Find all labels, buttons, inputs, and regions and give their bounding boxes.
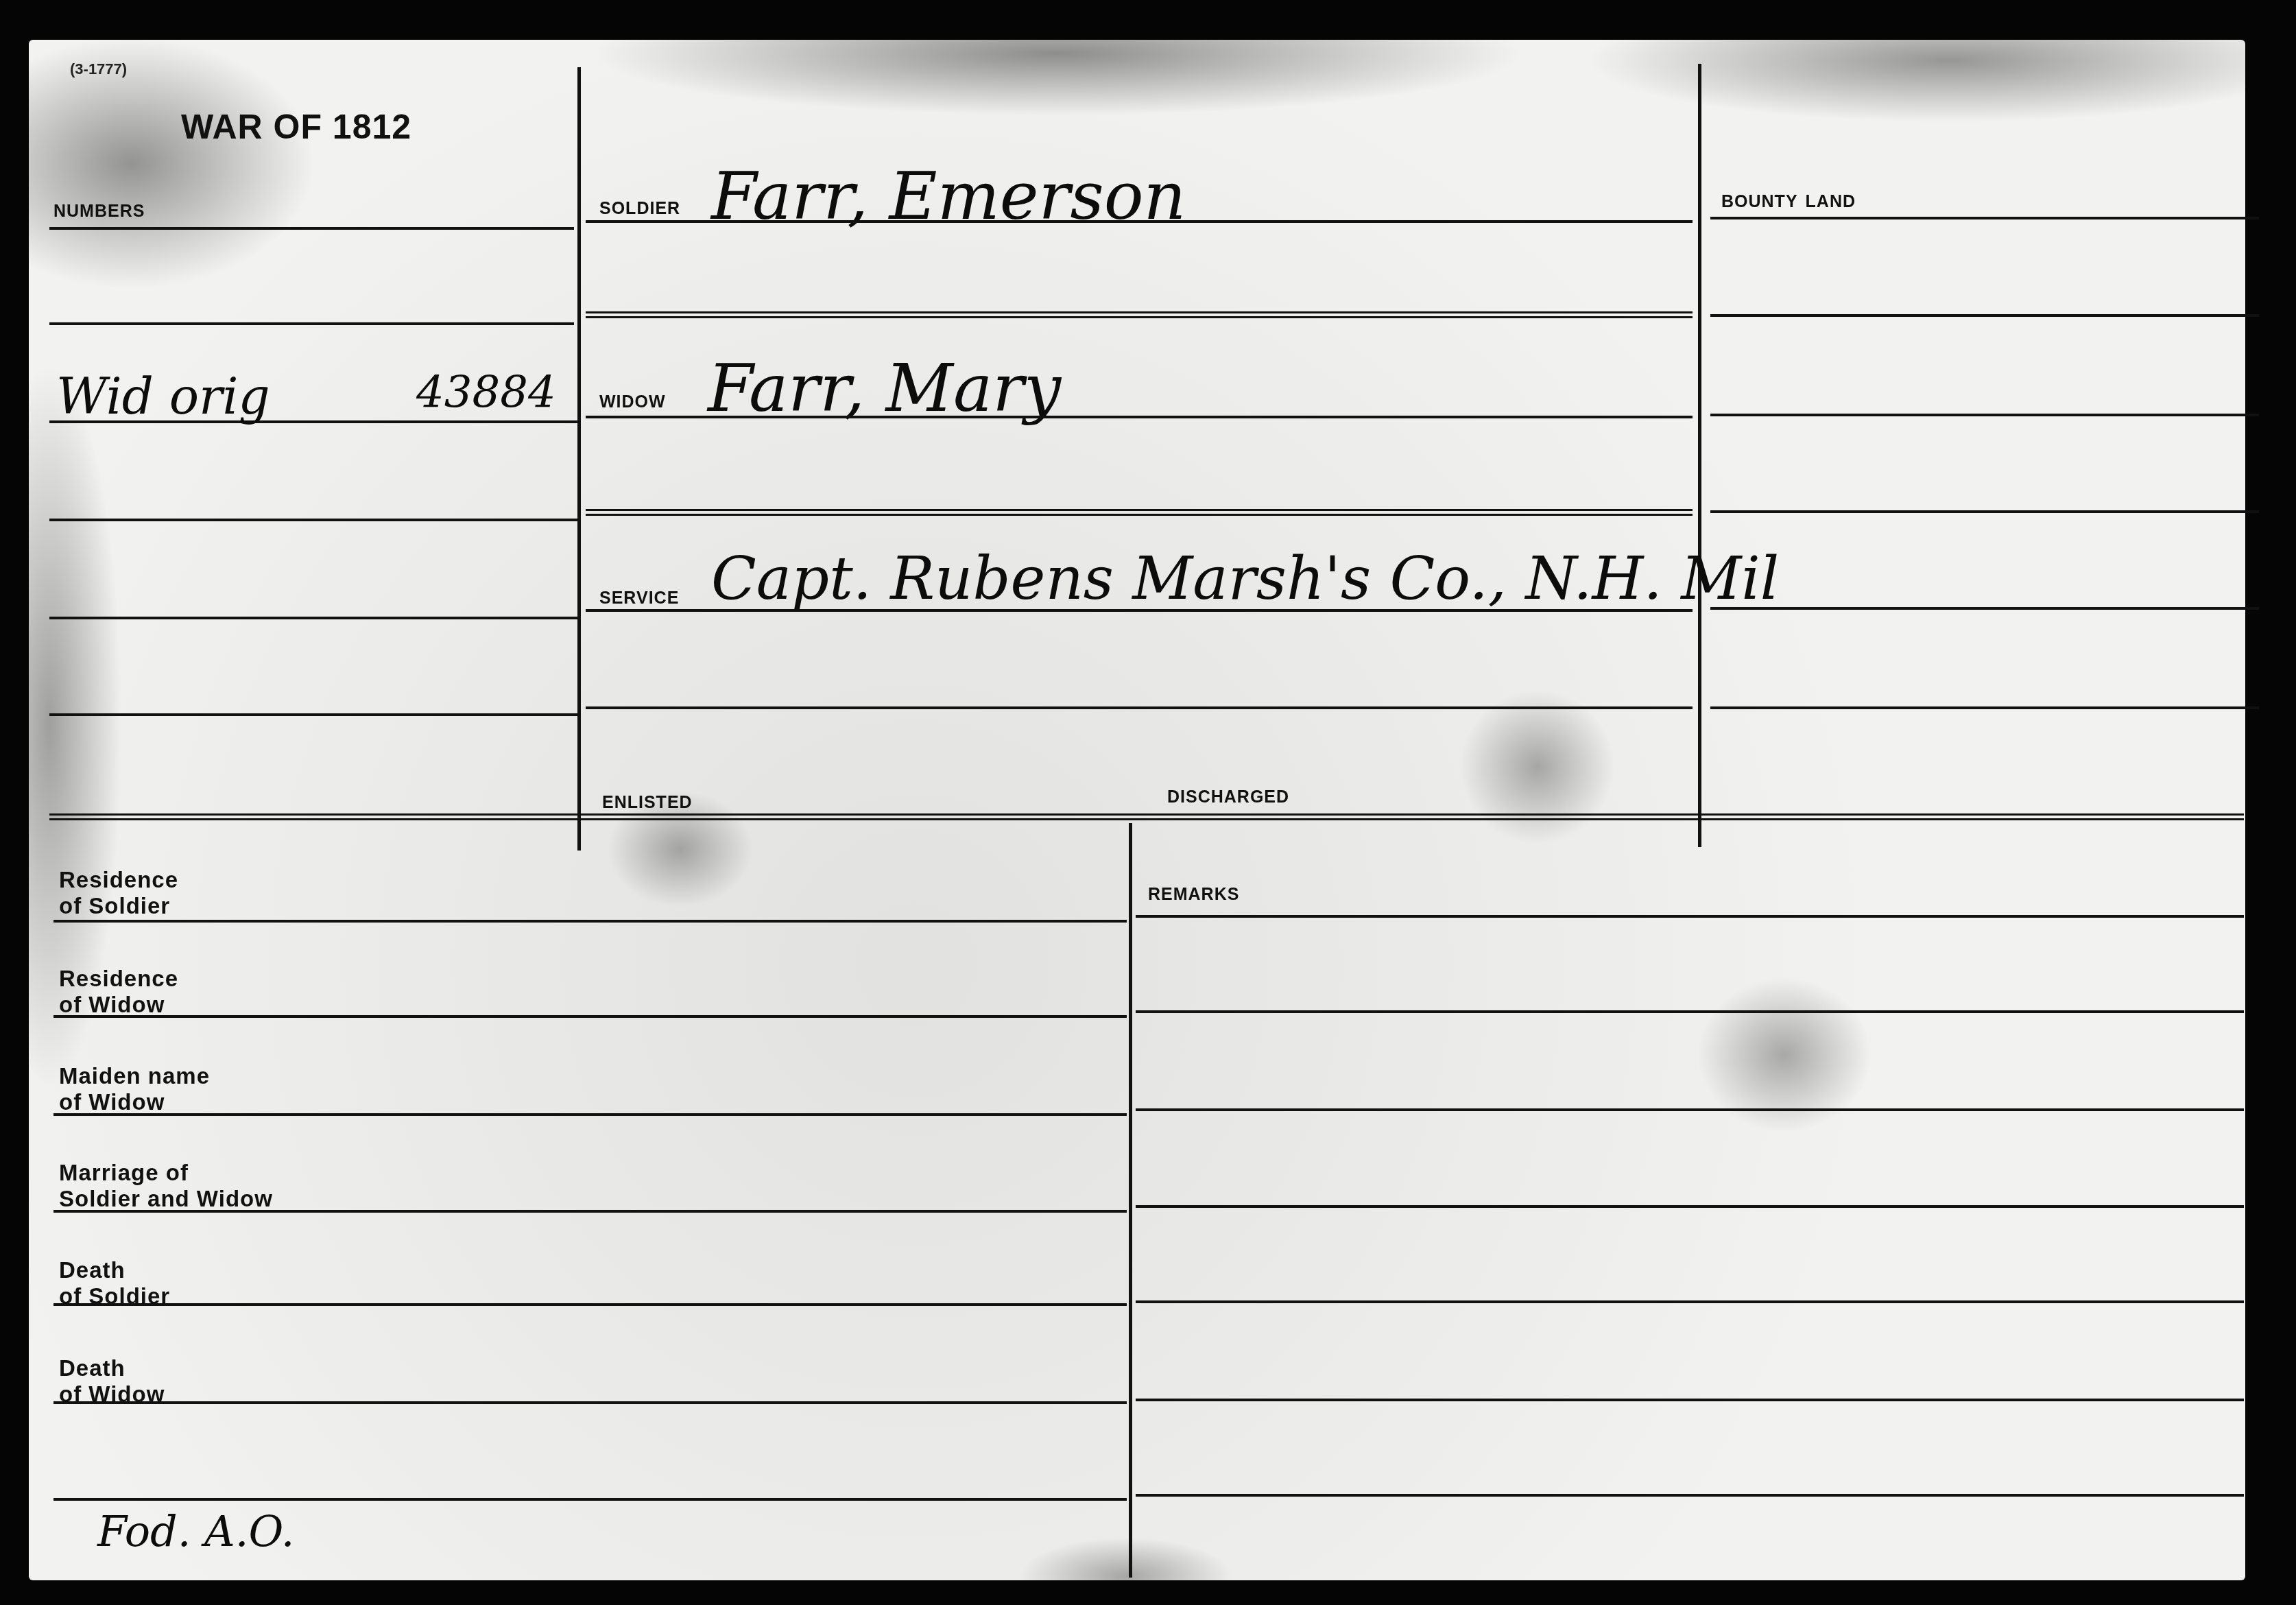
lower-left-line-1 — [53, 920, 1127, 923]
widow-line — [586, 416, 1693, 418]
numbers-line-2 — [49, 322, 574, 325]
middle-line-4 — [586, 509, 1693, 511]
widow-label: Widow — [599, 385, 666, 413]
field-marriage-of-soldier-and-widow: Marriage ofSoldier and Widow — [59, 1160, 273, 1212]
field-maiden-name-of-widow: Maiden nameof Widow — [59, 1063, 210, 1115]
remarks-line-3 — [1136, 1108, 2244, 1111]
numbers-label: Numbers — [53, 195, 145, 222]
remarks-line-1 — [1136, 915, 2244, 918]
field-death-of-soldier: Deathof Soldier — [59, 1257, 170, 1309]
field-death-of-widow: Deathof Widow — [59, 1355, 165, 1407]
lower-left-line-2 — [53, 1015, 1127, 1018]
service-value: Capt. Rubens Marsh's Co., N.H. Mil — [711, 545, 1779, 613]
lower-left-line-5 — [53, 1303, 1127, 1306]
remarks-line-2 — [1136, 1010, 2244, 1013]
remarks-line-4 — [1136, 1205, 2244, 1208]
numbers-line-4 — [49, 519, 577, 521]
numbers-entry-type: Wid orig — [56, 368, 270, 425]
bounty-line-5 — [1710, 607, 2259, 610]
divider-right — [1698, 64, 1701, 847]
lower-left-line-7 — [53, 1498, 1127, 1501]
soldier-label: Soldier — [599, 192, 680, 219]
card-title: WAR OF 1812 — [181, 107, 411, 147]
bounty-land-label: Bounty Land — [1721, 185, 1856, 213]
bounty-line-6 — [1710, 706, 2259, 709]
service-line — [586, 609, 1693, 612]
lower-left-line-4 — [53, 1210, 1127, 1213]
remarks-line-6 — [1136, 1399, 2244, 1401]
middle-line-2 — [586, 311, 1693, 313]
lower-left-line-3 — [53, 1113, 1127, 1116]
field-residence-of-widow: Residenceof Widow — [59, 966, 178, 1018]
numbers-line-5 — [49, 617, 577, 619]
divider-left — [577, 67, 581, 851]
numbers-entry-number: 43884 — [416, 368, 556, 418]
lower-left-line-6 — [53, 1401, 1127, 1404]
section-divider — [49, 813, 2244, 816]
remarks-label: Remarks — [1148, 878, 1239, 905]
numbers-line-1 — [49, 227, 574, 230]
bounty-line-1 — [1710, 217, 2259, 219]
soldier-line — [586, 220, 1693, 223]
soldier-name: Farr, Emerson — [711, 158, 1186, 235]
bounty-line-4 — [1710, 510, 2259, 513]
service-label: Service — [599, 582, 679, 609]
bounty-line-2 — [1710, 314, 2259, 317]
field-residence-of-soldier: Residenceof Soldier — [59, 867, 178, 919]
form-code: (3-1777) — [70, 60, 127, 78]
footer-note: Fod. A.O. — [97, 1506, 294, 1556]
bounty-line-3 — [1710, 414, 2259, 416]
remarks-line-7 — [1136, 1494, 2244, 1497]
remarks-line-5 — [1136, 1300, 2244, 1303]
middle-line-6 — [586, 706, 1693, 709]
discharged-label: Discharged — [1167, 781, 1289, 808]
enlisted-label: Enlisted — [602, 786, 693, 813]
numbers-line-6 — [49, 713, 577, 716]
divider-lower — [1129, 823, 1132, 1578]
pension-index-card: (3-1777) WAR OF 1812 Numbers Wid orig 43… — [29, 40, 2245, 1580]
